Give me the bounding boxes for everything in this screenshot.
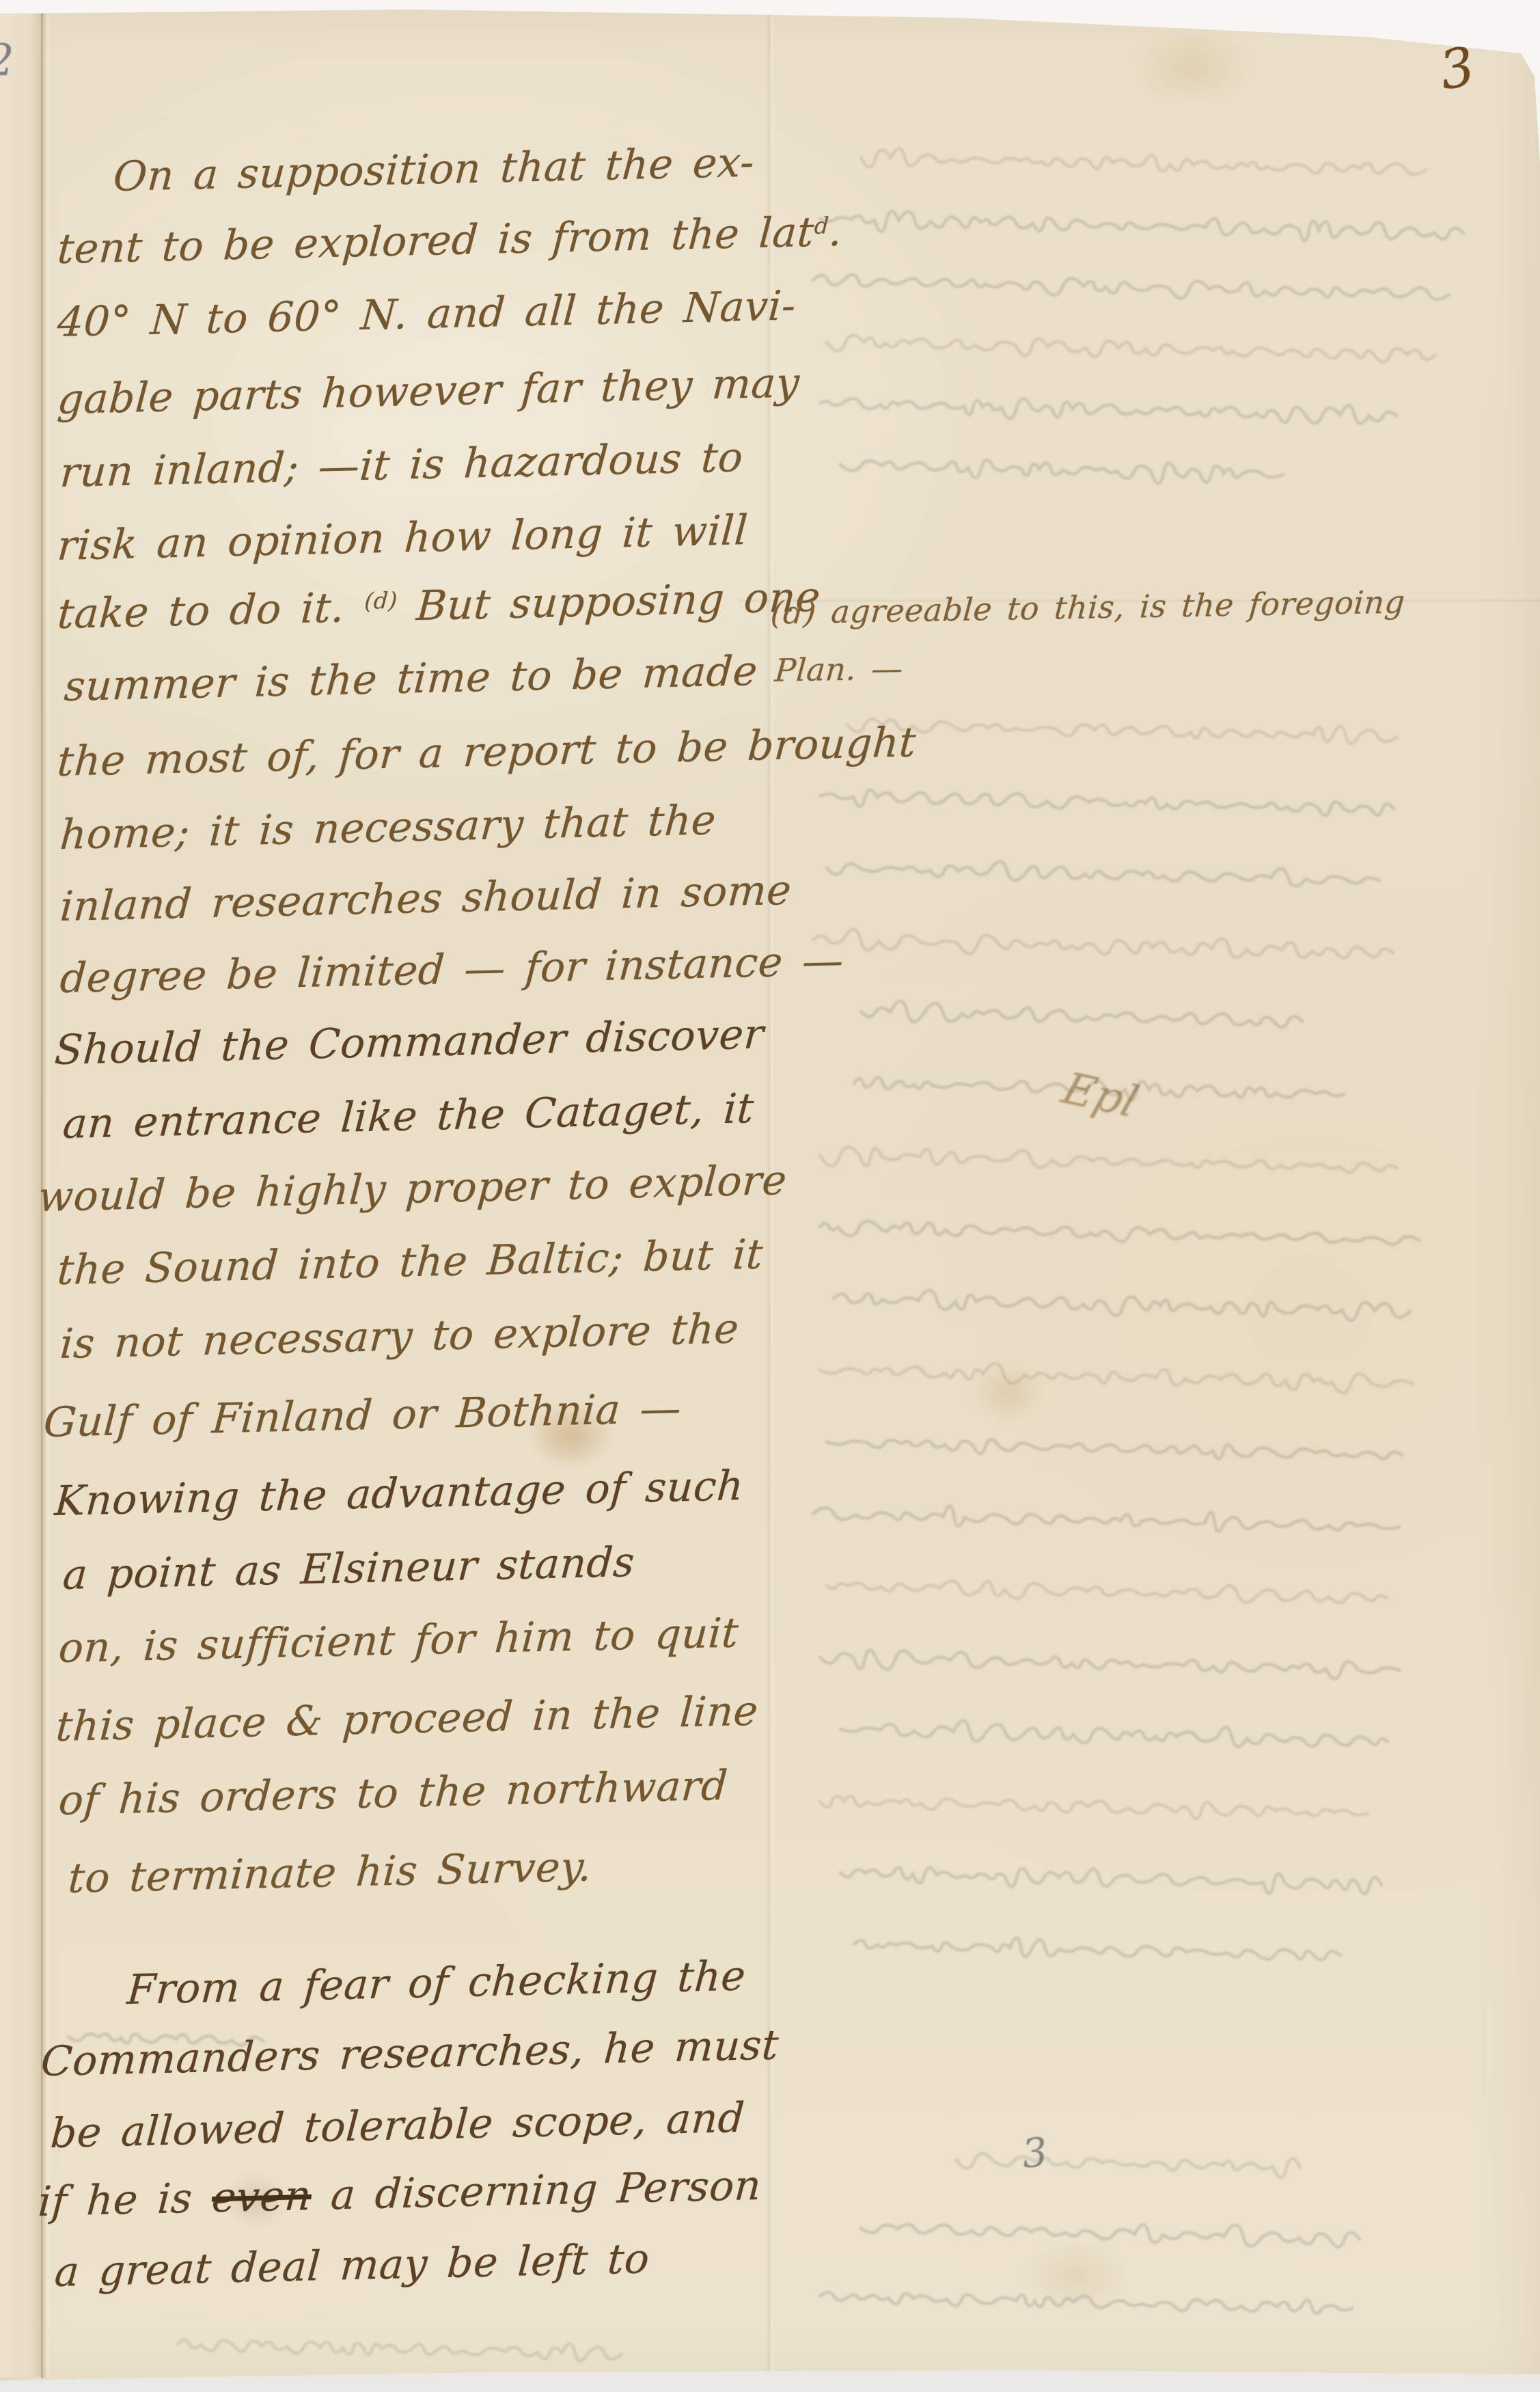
text-segment: of his orders to the northward [57,1762,730,1825]
ghost-text-line [820,1220,1420,1249]
text-segment: take to do it. [56,584,366,638]
text-segment: On a supposition that the ex- [112,139,756,201]
manuscript-text-line: if he is even a discerning Person [37,2160,763,2227]
ghost-text-line [861,148,1426,180]
text-segment: run inland; —it is hazardous to [59,433,745,497]
ghost-text-line [840,1717,1388,1750]
ghost-text-line [827,1436,1403,1463]
margin-note-line: (d) agreeable to this, is the foregoing [769,582,1406,633]
text-segment: a discerning Person [310,2162,762,2220]
text-segment: But supposing one [396,573,822,631]
ghost-text-line [813,273,1449,305]
text-segment: a point as Elsineur stands [61,1538,636,1599]
text-segment: an entrance like the Cataget, it [61,1085,756,1148]
text-segment: inland researches should in some [59,867,793,931]
manuscript-text-line: Knowing the advantage of such [53,1460,745,1527]
ghost-text-line [840,455,1284,486]
manuscript-page: 2 58 3 3 Epl On a supposition that the e… [0,0,1540,2392]
ghost-text-line [813,928,1394,963]
ink-offset-blot: Epl [1056,1063,1144,1127]
manuscript-text-line: summer is the time to be made [63,646,760,712]
text-segment: gable parts however far they may [56,359,801,424]
manuscript-text-line: a point as Elsineur stands [61,1537,637,1601]
text-segment: is not necessary to explore the [59,1305,741,1368]
manuscript-text-line: be allowed tolerable scope, and [49,2093,747,2159]
text-segment: a great deal may be left to [53,2235,651,2296]
ghost-text-line [820,1649,1401,1681]
text-segment: if he is [37,2174,214,2226]
paper-stain [970,1363,1045,1422]
text-segment: to terminate his Survey. [67,1843,594,1903]
text-segment: would be highly proper to explore [37,1156,788,1221]
bottom-page-number-pencil: 3 [1020,2128,1050,2177]
manuscript-text-line: inland researches should in some [59,865,793,932]
text-segment: summer is the time to be made [63,647,759,711]
manuscript-text-line: is not necessary to explore the [59,1303,741,1370]
ghost-text-line [827,1577,1388,1607]
manuscript-text-line: this place & proceed in the line [55,1686,760,1752]
manuscript-text-line: on, is sufficient for him to quit [57,1607,741,1674]
ghost-text-line [834,1288,1410,1322]
manuscript-text-line: 40° N to 60° N. and all the Navi- [56,280,798,348]
ghost-text-line [820,1793,1369,1823]
manuscript-text-line: of his orders to the northward [57,1761,730,1826]
struck-out-word: even [210,2172,313,2222]
text-segment: 40° N to 60° N. and all the Navi- [56,282,797,346]
ghost-text-line [820,394,1398,428]
manuscript-text-line: On a supposition that the ex- [112,137,756,202]
text-segment: the Sound into the Baltic; but it [56,1231,765,1295]
text-segment: home; it is necessary that the [59,796,717,859]
text-segment: on, is sufficient for him to quit [57,1609,740,1672]
text-segment: risk an opinion how long it will [56,506,750,570]
ghost-text-line [820,1359,1413,1394]
ghost-text-line [861,2216,1360,2248]
ghost-text-line [854,1934,1340,1963]
manuscript-text-line: a great deal may be left to [53,2233,651,2298]
previous-page-edge [0,11,42,2377]
manuscript-text-line: degree be limited — for instance — [59,936,846,1004]
superscript-note-mark: (d) [363,587,398,614]
previous-page-number-pencil: 2 [0,36,14,86]
manuscript-text-line: tent to be explored is from the latd. [55,206,844,281]
ghost-text-line [820,789,1394,819]
ghost-text-line [840,1863,1382,1896]
ghost-text-line [847,715,1397,744]
manuscript-text-line: home; it is necessary that the [59,795,718,860]
text-segment: the most of, for a report to be brought [56,718,918,786]
ghost-text-line [813,1503,1400,1536]
paper-stain [1127,27,1257,109]
ghost-text-line [820,1146,1397,1179]
manuscript-text-line: an entrance like the Cataget, it [61,1083,756,1150]
text-segment: Should the Commander discover [53,1010,765,1074]
text-segment: Knowing the advantage of such [53,1462,745,1525]
text-segment: Commanders researches, he must [40,2021,780,2086]
ghost-text-line [820,210,1464,245]
ghost-text-line [827,858,1380,888]
manuscript-text-line: gable parts however far they may [56,357,801,425]
manuscript-text-line: to terminate his Survey. [67,1842,594,1905]
page-number-ink: 3 [1435,36,1480,102]
ghost-text-line [827,334,1435,366]
text-segment: be allowed tolerable scope, and [49,2094,746,2158]
ghost-text-line [178,2335,622,2362]
margin-note-line: Plan. — [773,649,905,690]
manuscript-text-line: Commanders researches, he must [40,2020,781,2087]
manuscript-text-line: would be highly proper to explore [37,1155,788,1223]
superscript-note-mark: d [814,212,830,239]
ghost-text-line [861,1000,1303,1031]
manuscript-text-line: take to do it. (d) But supposing one [55,572,822,646]
manuscript-text-line: the Sound into the Baltic; but it [56,1229,765,1296]
folio-number-pencil: 58 [1459,5,1511,51]
text-segment: From a fear of checking the [126,1952,747,2014]
paper-stain [1025,2242,1127,2310]
ghost-text-line [957,2151,1301,2178]
text-segment: tent to be explored is from the lat [56,208,816,273]
manuscript-text-line: risk an opinion how long it will [56,505,750,571]
text-segment: this place & proceed in the line [55,1687,760,1751]
manuscript-text-line: Should the Commander discover [53,1009,766,1076]
text-segment: degree be limited — for instance — [59,937,845,1003]
manuscript-text-line: From a fear of checking the [126,1951,747,2015]
manuscript-text-line: the most of, for a report to be brought [56,717,918,787]
manuscript-text-line: run inland; —it is hazardous to [59,432,745,498]
